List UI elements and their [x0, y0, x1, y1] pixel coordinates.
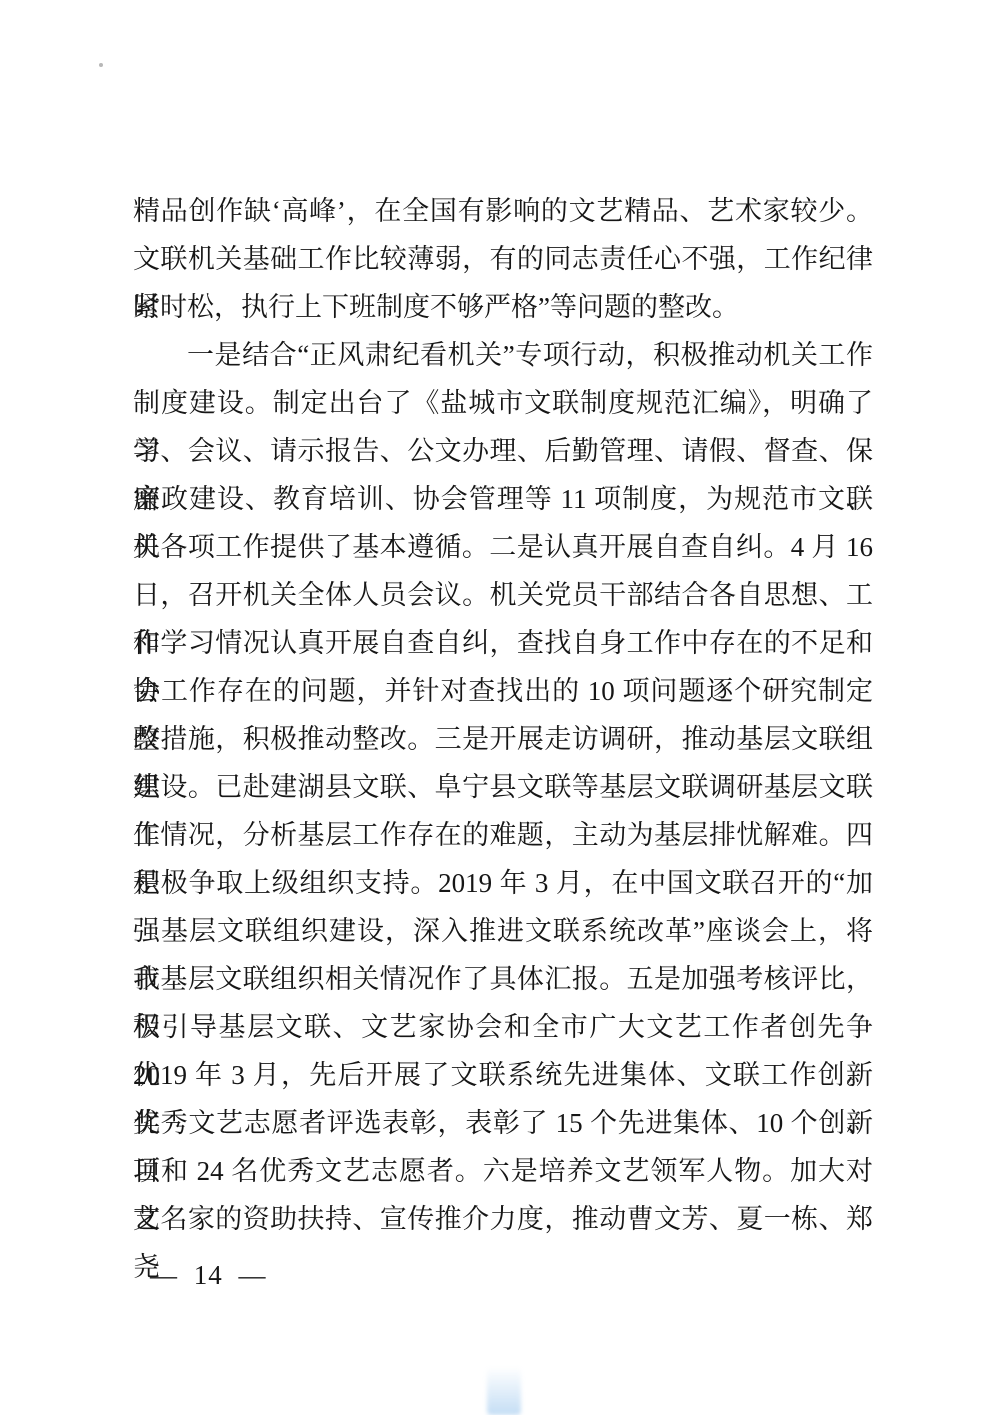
text-line: 会工作存在的问题，并针对查找出的 10 项问题逐个研究制定整 — [133, 667, 873, 715]
text-line: 强基层文联组织建设，深入推进文联系统改革”座谈会上，将我 — [133, 907, 873, 955]
page-number: — 14 — — [150, 1258, 267, 1292]
text-line: 精品创作缺‘高峰’，在全国有影响的文艺精品、艺术家较少。 — [133, 187, 873, 235]
text-line: 改措施，积极推动整改。三是开展走访调研，推动基层文联组织 — [133, 715, 873, 763]
text-line: 目和 24 名优秀文艺志愿者。六是培养文艺领军人物。加大对文 — [133, 1147, 873, 1195]
document-body: 精品创作缺‘高峰’，在全国有影响的文艺精品、艺术家较少。 文联机关基础工作比较薄… — [133, 187, 873, 1243]
text-line: 2019 年 3 月，先后开展了文联系统先进集体、文联工作创新奖、 — [133, 1051, 873, 1099]
text-line: 关各项工作提供了基本遵循。二是认真开展自查自纠。4 月 16 — [133, 523, 873, 571]
text-line: 一是结合“正风肃纪看机关”专项行动，积极推动机关工作 — [133, 331, 873, 379]
text-line: 优秀文艺志愿者评选表彰，表彰了 15 个先进集体、10 个创新项 — [133, 1099, 873, 1147]
text-line: 日，召开机关全体人员会议。机关党员干部结合各自思想、工作 — [133, 571, 873, 619]
text-line: 制度建设。制定出台了《盐城市文联制度规范汇编》，明确了学 — [133, 379, 873, 427]
text-line: 艺名家的资助扶持、宣传推介力度，推动曹文芳、夏一栋、郑尧 — [133, 1195, 873, 1243]
scan-speck — [99, 63, 103, 67]
text-line: 建设。已赴建湖县文联、阜宁县文联等基层文联调研基层文联工 — [133, 763, 873, 811]
text-line: 积极争取上级组织支持。2019 年 3 月，在中国文联召开的“加 — [133, 859, 873, 907]
text-line: 作情况，分析基层工作存在的难题，主动为基层排忧解难。四是 — [133, 811, 873, 859]
scan-artifact-blue — [487, 1367, 521, 1415]
text-line: 和学习情况认真开展自查自纠，查找自身工作中存在的不足和协 — [133, 619, 873, 667]
text-line: 习、会议、请示报告、公文办理、后勤管理、请假、督查、保密、 — [133, 427, 873, 475]
scanned-document-page: 精品创作缺‘高峰’，在全国有影响的文艺精品、艺术家较少。 文联机关基础工作比较薄… — [0, 0, 1000, 1415]
text-line: 文联机关基础工作比较薄弱，有的同志责任心不强，工作纪律时 — [133, 235, 873, 283]
text-line: 廉政建设、教育培训、协会管理等 11 项制度，为规范市文联机 — [133, 475, 873, 523]
text-line: 市基层文联组织相关情况作了具体汇报。五是加强考核评比，积 — [133, 955, 873, 1003]
text-line: 极引导基层文联、文艺家协会和全市广大文艺工作者创先争优。 — [133, 1003, 873, 1051]
text-line: 紧时松，执行上下班制度不够严格”等问题的整改。 — [133, 283, 873, 331]
